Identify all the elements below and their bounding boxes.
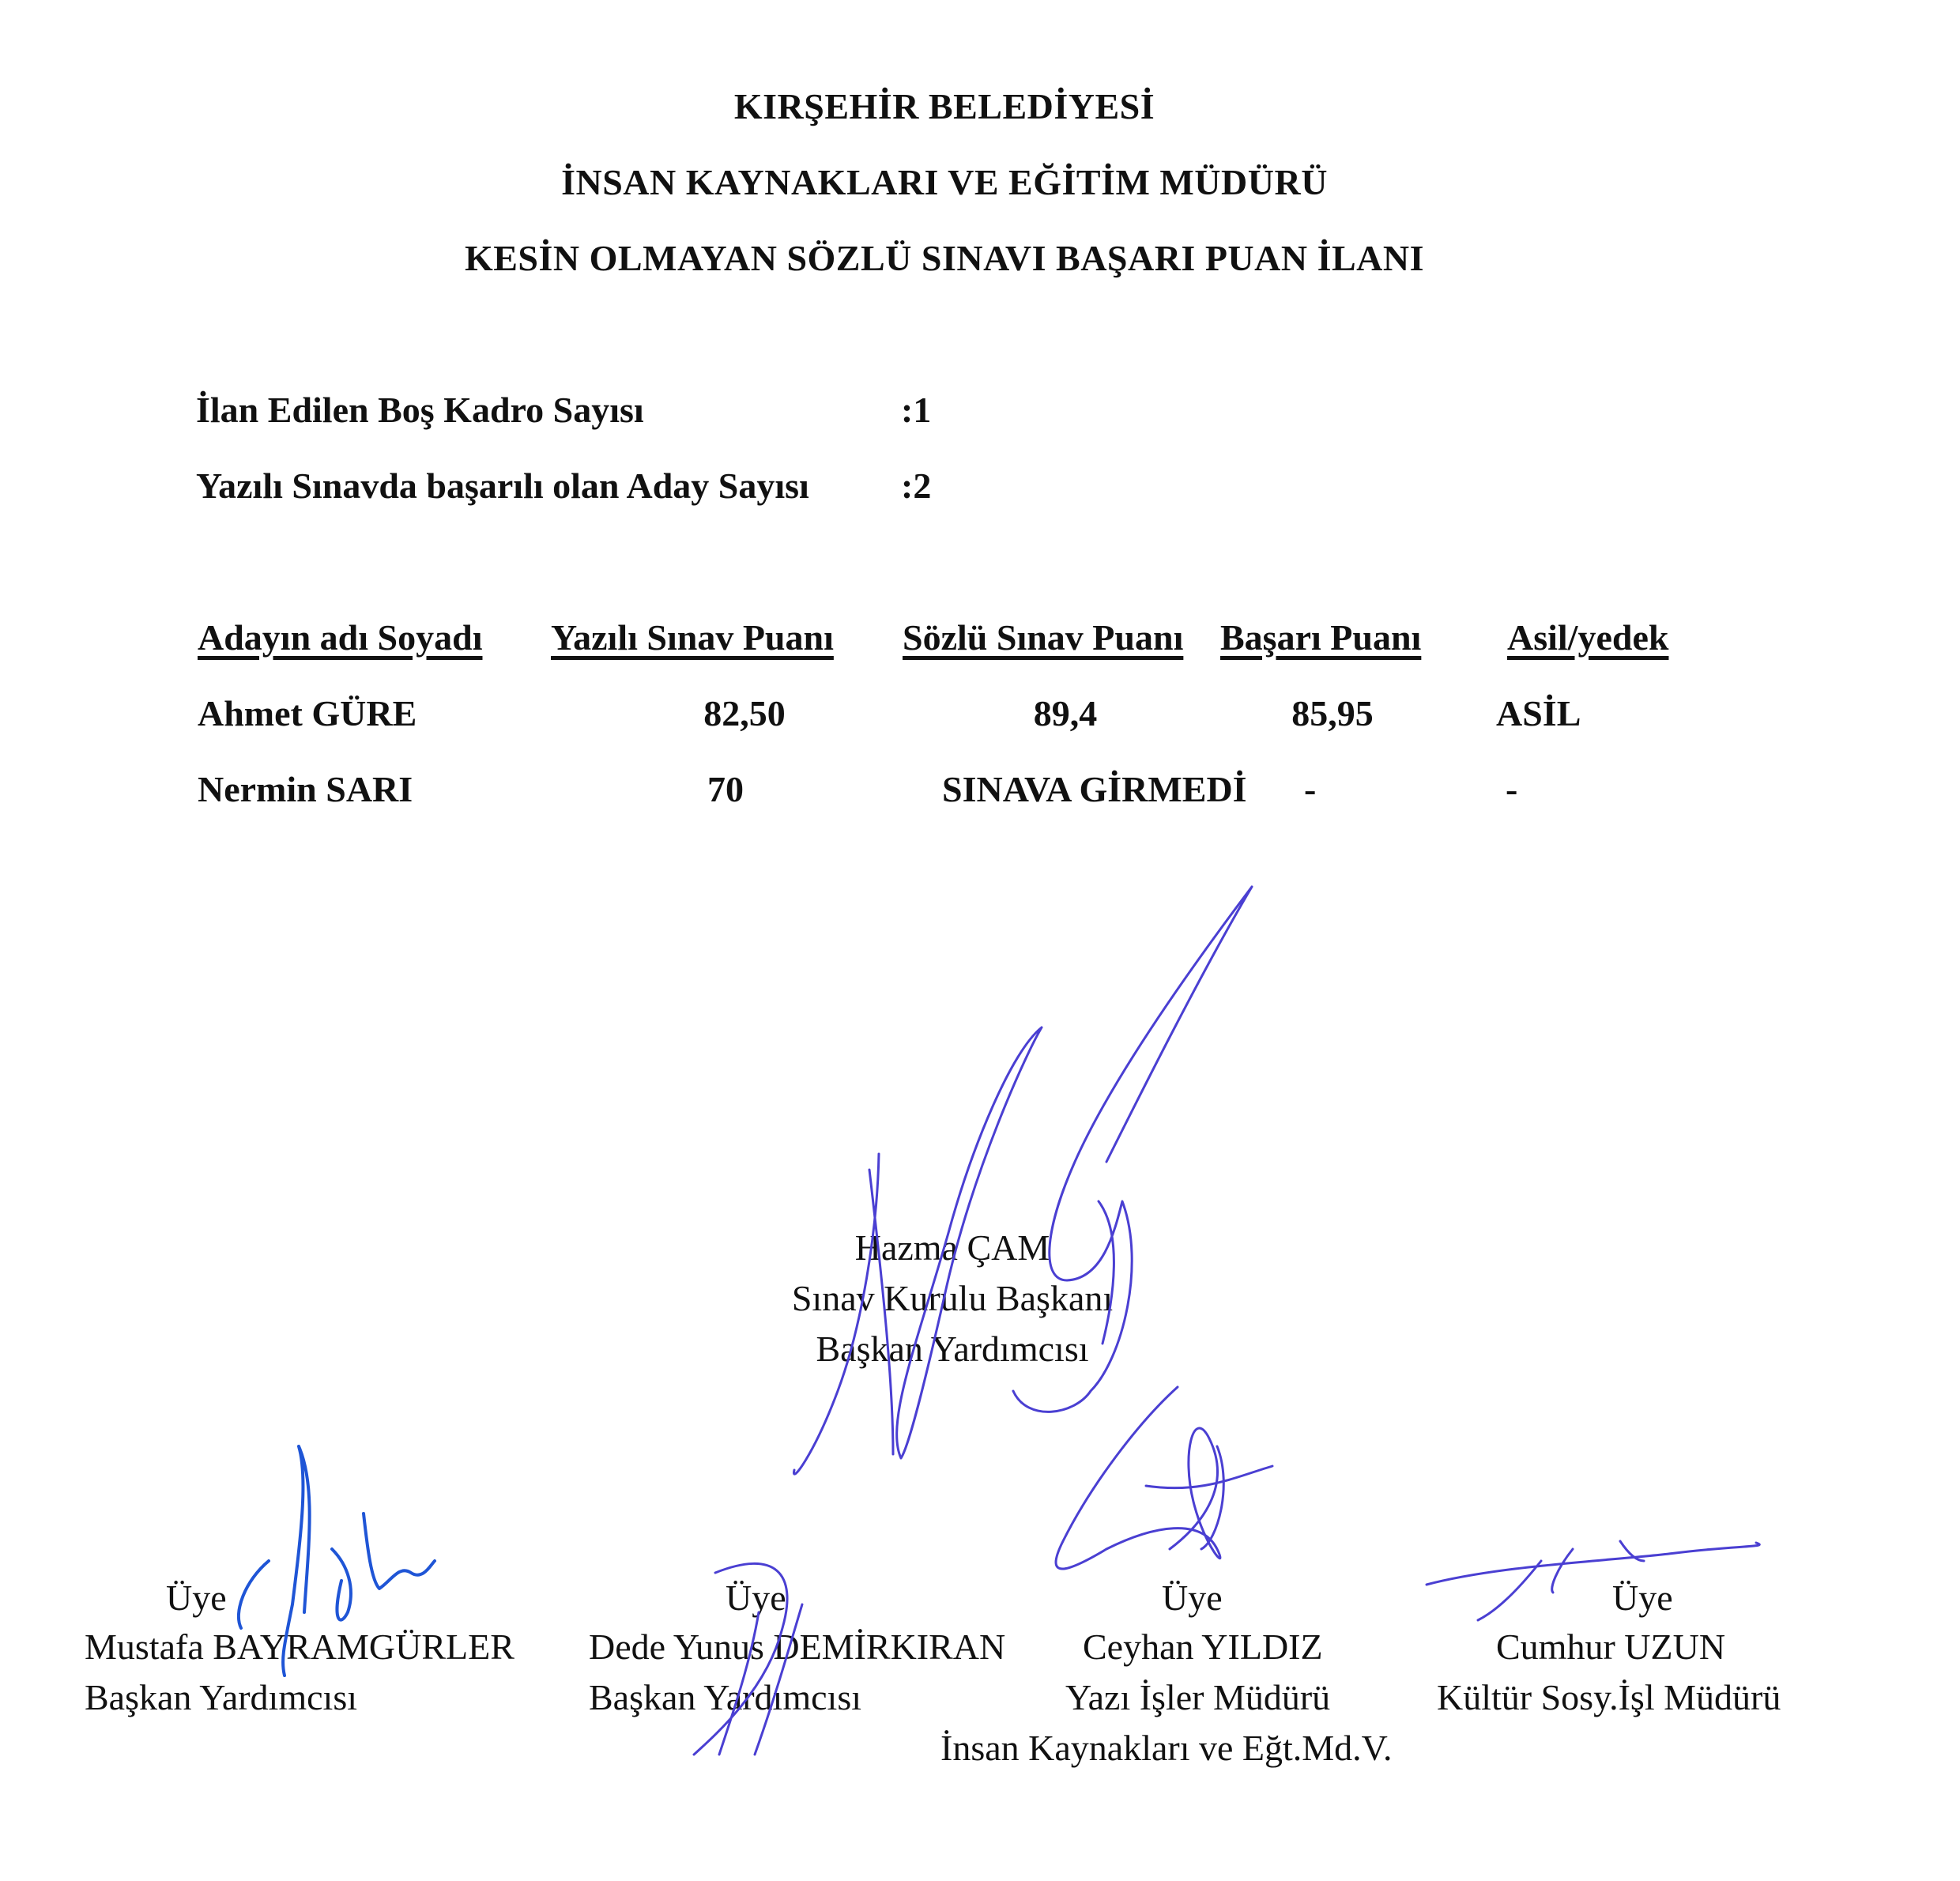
column-header-success: Başarı Puanı [1220,616,1421,658]
member-3-signature [1056,1387,1272,1569]
member-label: Üye [1612,1577,1673,1619]
member-name: Dede Yunus DEMİRKIRAN [589,1626,1005,1668]
candidate-count-label: Yazılı Sınavda başarılı olan Aday Sayısı [196,465,809,507]
candidate-name: Nermin SARI [198,768,413,810]
department-title: İNSAN KAYNAKLARI VE EĞİTİM MÜDÜRÜ [0,161,1889,203]
column-header-written: Yazılı Sınav Puanı [551,616,834,658]
oral-score: SINAVA GİRMEDİ [942,768,1247,810]
written-score: 82,50 [703,692,786,734]
announcement-title: KESİN OLMAYAN SÖZLÜ SINAVI BAŞARI PUAN İ… [0,237,1889,279]
column-header-name: Adayın adı Soyadı [198,616,482,658]
member-4-signature [1427,1541,1759,1620]
member-label: Üye [166,1577,227,1619]
vacancy-count-value: :1 [901,389,931,431]
chairman-title: Başkan Yardımcısı [816,1328,1089,1370]
chairman-name: Hazma ÇAM [855,1227,1050,1268]
chairman-role: Sınav Kurulu Başkanı [792,1277,1113,1319]
status: ASİL [1496,692,1581,734]
member-name: Ceyhan YILDIZ [1083,1626,1323,1668]
member-name: Mustafa BAYRAMGÜRLER [85,1626,514,1668]
member-name: Cumhur UZUN [1496,1626,1725,1668]
oral-score: 89,4 [1034,692,1098,734]
success-score: 85,95 [1291,692,1374,734]
success-score: - [1304,768,1316,810]
institution-title: KIRŞEHİR BELEDİYESİ [0,85,1889,127]
member-title: Başkan Yardımcısı [589,1676,861,1718]
vacancy-count-label: İlan Edilen Boş Kadro Sayısı [196,389,644,431]
member-title: Kültür Sosy.İşl Müdürü [1437,1676,1781,1718]
written-score: 70 [707,768,744,810]
column-header-oral: Sözlü Sınav Puanı [903,616,1183,658]
member-title: Başkan Yardımcısı [85,1676,357,1718]
member-title-secondary: İnsan Kaynakları ve Eğt.Md.V. [940,1727,1392,1769]
chairman-signature [793,887,1252,1474]
member-label: Üye [726,1577,786,1619]
candidate-name: Ahmet GÜRE [198,692,416,734]
column-header-status: Asil/yedek [1507,616,1668,658]
status: - [1506,768,1517,810]
member-title: Yazı İşler Müdürü [1065,1676,1330,1718]
member-label: Üye [1162,1577,1223,1619]
candidate-count-value: :2 [901,465,931,507]
